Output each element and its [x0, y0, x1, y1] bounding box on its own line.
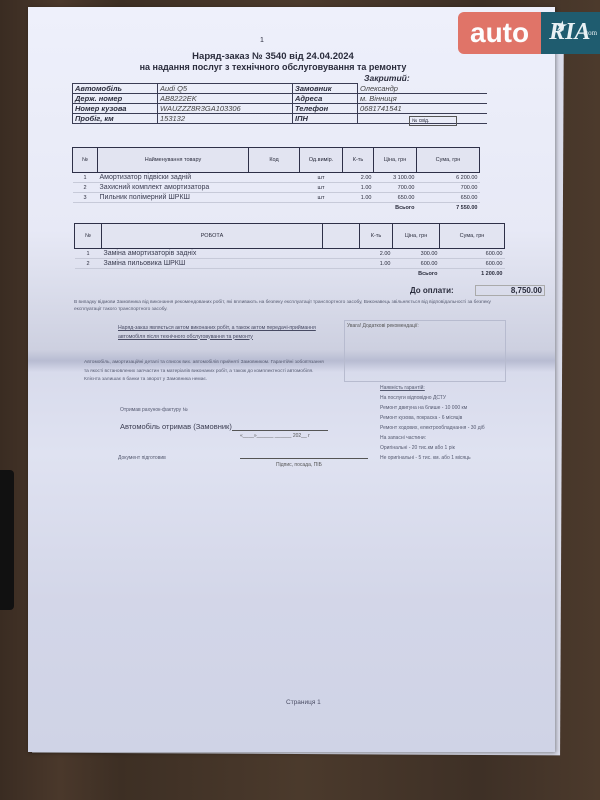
column-header: Найменування товару [98, 148, 249, 173]
info-label: Замовник [293, 84, 358, 94]
info-label: Телефон [293, 104, 358, 114]
goods-table: №Найменування товаруКодОд.вимір.К-тьЦіна… [72, 147, 480, 212]
to-pay: До оплати: 8,750.00 [410, 286, 454, 295]
total-label: Всього [374, 203, 417, 213]
table-cell: Амортизатор підвіски задній [98, 173, 249, 183]
warranty-item: Ремонт кузова, покраска - 6 місяців [380, 413, 485, 423]
empty-cell [300, 203, 343, 213]
date-field: «____»______ ______ 202__ г [240, 433, 310, 439]
total-value: 1 200.00 [440, 269, 505, 279]
info-label: Автомобіль [73, 84, 158, 94]
to-pay-value: 8,750.00 [475, 285, 545, 296]
table-cell: шт [300, 193, 343, 203]
table-cell: 1.00 [343, 193, 374, 203]
total-label: Всього [393, 269, 440, 279]
table-cell: 700.00 [374, 183, 417, 193]
recommendations-box: Увага! Додаткові рекомендації: [344, 320, 506, 382]
info-label: Держ. номер [73, 94, 158, 104]
page-number: 1 [260, 37, 264, 44]
table-cell: 1.00 [343, 183, 374, 193]
status-label: Закритий: [364, 73, 410, 83]
total-row: Всього1 200.00 [75, 269, 505, 279]
column-header: Сума, грн [440, 224, 505, 249]
table-cell: Заміна амортизаторів задніх [102, 249, 323, 259]
table-cell: 300.00 [393, 249, 440, 259]
table-cell [249, 183, 300, 193]
warranty-item: Оригінальні - 20 тис.км або 1 рік [380, 443, 485, 453]
total-value: 7 550.00 [417, 203, 480, 213]
document-subtitle: на надання послуг з технічного обслугову… [28, 62, 518, 72]
document-title: Наряд-заказ № 3540 від 24.04.2024 [28, 51, 518, 62]
table-cell: 650.00 [417, 193, 480, 203]
info-value: м. Вінниця [358, 94, 488, 104]
info-label: Адреса [293, 94, 358, 104]
table-cell: 1 [75, 249, 102, 259]
table-cell: Заміна пильовика ШРКШ [102, 259, 323, 269]
table-row: 1Амортизатор підвіски заднійшт2.003 100.… [73, 173, 480, 183]
table-cell [323, 259, 360, 269]
table-cell: 650.00 [374, 193, 417, 203]
column-header: К-ть [343, 148, 374, 173]
info-row: Держ. номерAB8222EKАдресам. Вінниця [73, 94, 488, 104]
warranty-item: Наявність гарантій: [380, 383, 485, 393]
recommendations-title: Увага! Додаткові рекомендації: [345, 321, 505, 331]
info-value: AB8222EK [158, 94, 293, 104]
warranty-item: Ремонт ходових, електрообладнання - 30 д… [380, 423, 485, 433]
info-value: 0681741541 [358, 104, 488, 114]
table-cell: 600.00 [440, 259, 505, 269]
acceptance-note: Автомобіль, амортизаційні деталі та спис… [84, 359, 324, 385]
empty-cell [249, 203, 300, 213]
prepared-by-label: Документ підготовив [118, 455, 166, 461]
star-icon: ★ [555, 6, 566, 46]
table-row: 1Заміна амортизаторів задніх2.00300.0060… [75, 249, 505, 259]
table-cell: 600.00 [440, 249, 505, 259]
info-value: Олександр [358, 84, 488, 94]
warranty-item: На послуги відповідно ДСТУ [380, 393, 485, 403]
empty-cell [102, 269, 323, 279]
disclaimer-text: В випадку відмови Замовника від виконанн… [74, 299, 514, 313]
page-footer: Страниця 1 [286, 699, 321, 706]
table-cell: Пильник полімерний ШРКШ [98, 193, 249, 203]
info-label: Номер кузова [73, 104, 158, 114]
column-header [323, 224, 360, 249]
warranty-list: Наявність гарантій:На послуги відповідно… [380, 383, 485, 463]
watermark-auto: auto [458, 12, 541, 54]
column-header: Код [249, 148, 300, 173]
column-header: № [75, 224, 102, 249]
table-cell: 600.00 [393, 259, 440, 269]
table-cell: 3 100.00 [374, 173, 417, 183]
empty-cell [360, 269, 393, 279]
table-cell: шт [300, 173, 343, 183]
table-cell: 1 [73, 173, 98, 183]
info-value: Audi Q5 [158, 84, 293, 94]
table-cell: 2.00 [360, 249, 393, 259]
empty-cell [98, 203, 249, 213]
table-row: 2Захисний комплект амортизаторашт1.00700… [73, 183, 480, 193]
warranty-item: Не оригінальні - 5 тис. км. або 1 місяць [380, 453, 485, 463]
signature-caption: Підпис, посада, ПІБ [276, 462, 322, 468]
column-header: Сума, грн [417, 148, 480, 173]
empty-cell [343, 203, 374, 213]
autoria-watermark: auto ★ RIA .com [458, 12, 600, 54]
table-row: 2Заміна пильовика ШРКШ1.00600.00600.00 [75, 259, 505, 269]
invoice-label: Отримав рахунок-фактуру № [120, 407, 188, 413]
warranty-item: На запасні частини: [380, 433, 485, 443]
empty-cell [323, 269, 360, 279]
info-label: Пробіг, км [73, 114, 158, 124]
table-cell: Захисний комплект амортизатора [98, 183, 249, 193]
watermark-ria: ★ RIA .com [541, 12, 600, 54]
table-cell: 2 [75, 259, 102, 269]
table-cell: 2.00 [343, 173, 374, 183]
table-cell: 2 [73, 183, 98, 193]
work-order-document: 1 Наряд-заказ № 3540 від 24.04.2024 на н… [28, 7, 555, 752]
signature-line [232, 422, 328, 431]
column-header: Ціна, грн [374, 148, 417, 173]
info-row: АвтомобільAudi Q5ЗамовникОлександр [73, 84, 488, 94]
warranty-item: Ремонт двигуна на 6лише - 10 000 км [380, 403, 485, 413]
to-pay-label: До оплати: [410, 286, 454, 295]
empty-cell [75, 269, 102, 279]
column-header: К-ть [360, 224, 393, 249]
table-cell: 6 200.00 [417, 173, 480, 183]
certificate-field: № свід. [409, 116, 457, 126]
column-header: № [73, 148, 98, 173]
column-header: Ціна, грн [393, 224, 440, 249]
table-cell [323, 249, 360, 259]
info-value: 153132 [158, 114, 293, 124]
table-cell [249, 193, 300, 203]
table-cell [249, 173, 300, 183]
table-cell: шт [300, 183, 343, 193]
column-header: РОБОТА [102, 224, 323, 249]
total-row: Всього7 550.00 [73, 203, 480, 213]
table-cell: 3 [73, 193, 98, 203]
info-value: WAUZZZ8R3GA103306 [158, 104, 293, 114]
table-cell: 1.00 [360, 259, 393, 269]
info-row: Номер кузоваWAUZZZ8R3GA103306Телефон0681… [73, 104, 488, 114]
empty-cell [73, 203, 98, 213]
dark-object [0, 470, 14, 610]
received-by: Автомобіль отримав (Замовник) [120, 422, 328, 431]
act-note: Наряд-заказ являється актом виконаних ро… [118, 324, 318, 341]
prepared-signature-line [240, 458, 368, 459]
info-label: ІПН [293, 114, 358, 124]
works-table: №РОБОТАК-тьЦіна, грнСума, грн 1Заміна ам… [74, 223, 505, 278]
table-cell: 700.00 [417, 183, 480, 193]
column-header: Од.вимір. [300, 148, 343, 173]
table-row: 3Пильник полімерний ШРКШшт1.00650.00650.… [73, 193, 480, 203]
